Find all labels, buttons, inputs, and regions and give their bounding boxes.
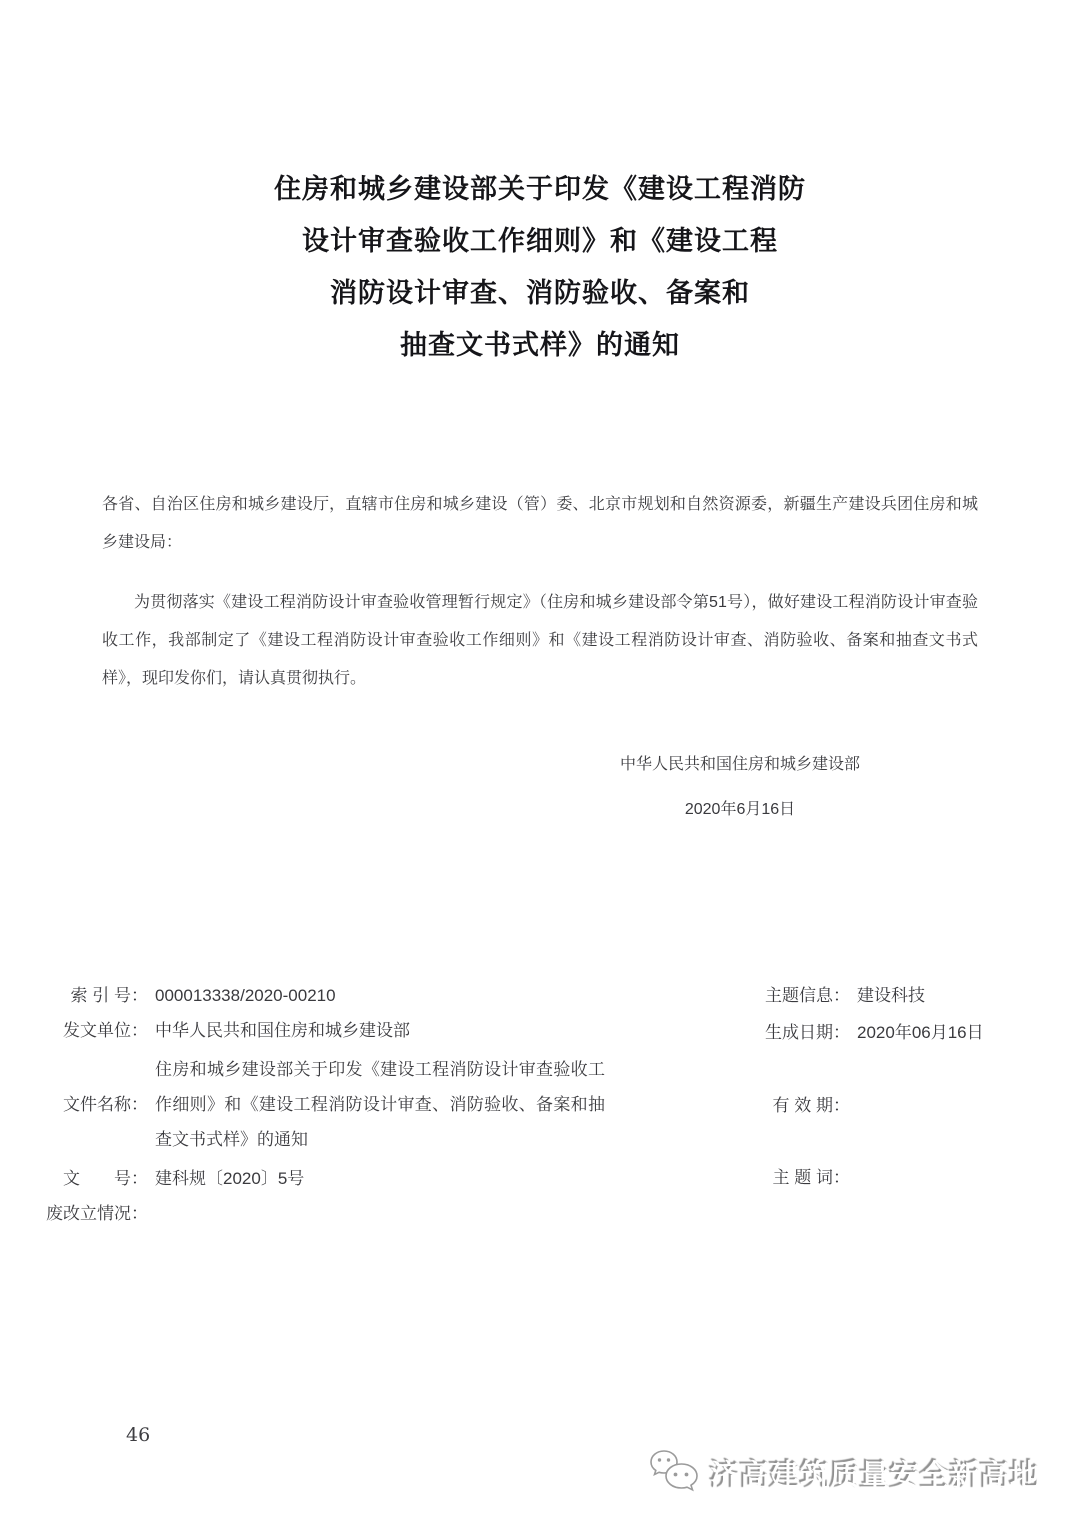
validity-label: 有 效 期： xyxy=(735,1088,850,1123)
index-number-value: 000013338/2020-00210 xyxy=(155,978,336,1013)
generate-date-value: 2020年06月16日 xyxy=(857,1015,984,1050)
doc-name-label: 文件名称： xyxy=(36,1087,148,1122)
wechat-icon xyxy=(648,1448,700,1498)
notice-title-line-4: 抽查文书式样》的通知 xyxy=(0,319,1080,371)
notice-title-line-1: 住房和城乡建设部关于印发《建设工程消防 xyxy=(0,163,1080,215)
generate-date-label: 生成日期： xyxy=(735,1015,850,1050)
issuing-unit-value: 中华人民共和国住房和城乡建设部 xyxy=(155,1013,410,1048)
doc-number-value: 建科规〔2020〕5号 xyxy=(155,1161,304,1196)
meta-row-doc-number: 文 号： 建科规〔2020〕5号 xyxy=(36,1161,605,1196)
doc-name-value: 住房和城乡建设部关于印发《建设工程消防设计审查验收工作细则》和《建设工程消防设计… xyxy=(155,1052,605,1157)
meta-row-topic-info: 主题信息： 建设科技 xyxy=(735,978,984,1013)
meta-row-keywords: 主 题 词： xyxy=(735,1160,984,1195)
notice-body: 各省、自治区住房和城乡建设厅，直辖市住房和城乡建设（管）委、北京市规划和自然资源… xyxy=(102,486,978,698)
issuer-name: 中华人民共和国住房和城乡建设部 xyxy=(620,742,860,787)
body-paragraph: 为贯彻落实《建设工程消防设计审查验收管理暂行规定》（住房和城乡建设部令第51号）… xyxy=(102,584,978,698)
topic-info-value: 建设科技 xyxy=(857,978,925,1013)
notice-title-line-2: 设计审查验收工作细则》和《建设工程 xyxy=(0,215,1080,267)
metadata-right-column: 主题信息： 建设科技 生成日期： 2020年06月16日 有 效 期： 主 题 … xyxy=(735,978,984,1195)
notice-title-line-3: 消防设计审查、消防验收、备案和 xyxy=(0,267,1080,319)
meta-row-issuing-unit: 发文单位： 中华人民共和国住房和城乡建设部 xyxy=(36,1013,605,1048)
issue-date: 2020年6月16日 xyxy=(620,787,860,832)
index-number-label: 索 引 号： xyxy=(36,978,148,1013)
metadata-left-column: 索 引 号： 000013338/2020-00210 发文单位： 中华人民共和… xyxy=(36,978,605,1231)
watermark: 济高建筑质量安全新高地 xyxy=(648,1448,1040,1498)
page-number: 46 xyxy=(126,1424,150,1446)
topic-info-label: 主题信息： xyxy=(735,978,850,1013)
meta-row-index: 索 引 号： 000013338/2020-00210 xyxy=(36,978,605,1013)
signature-block: 中华人民共和国住房和城乡建设部 2020年6月16日 xyxy=(620,742,860,832)
meta-row-generate-date: 生成日期： 2020年06月16日 xyxy=(735,1015,984,1050)
document-page: 住房和城乡建设部关于印发《建设工程消防 设计审查验收工作细则》和《建设工程 消防… xyxy=(0,0,1080,1527)
notice-title: 住房和城乡建设部关于印发《建设工程消防 设计审查验收工作细则》和《建设工程 消防… xyxy=(0,163,1080,371)
keywords-label: 主 题 词： xyxy=(735,1160,850,1195)
meta-row-repeal-status: 废改立情况： xyxy=(36,1196,605,1231)
salutation-paragraph: 各省、自治区住房和城乡建设厅，直辖市住房和城乡建设（管）委、北京市规划和自然资源… xyxy=(102,486,978,562)
meta-row-validity: 有 效 期： xyxy=(735,1088,984,1123)
issuing-unit-label: 发文单位： xyxy=(36,1013,148,1048)
meta-row-doc-name: 文件名称： 住房和城乡建设部关于印发《建设工程消防设计审查验收工作细则》和《建设… xyxy=(36,1052,605,1157)
repeal-status-label: 废改立情况： xyxy=(36,1196,148,1231)
doc-number-label: 文 号： xyxy=(36,1161,148,1196)
watermark-text: 济高建筑质量安全新高地 xyxy=(710,1451,1040,1495)
